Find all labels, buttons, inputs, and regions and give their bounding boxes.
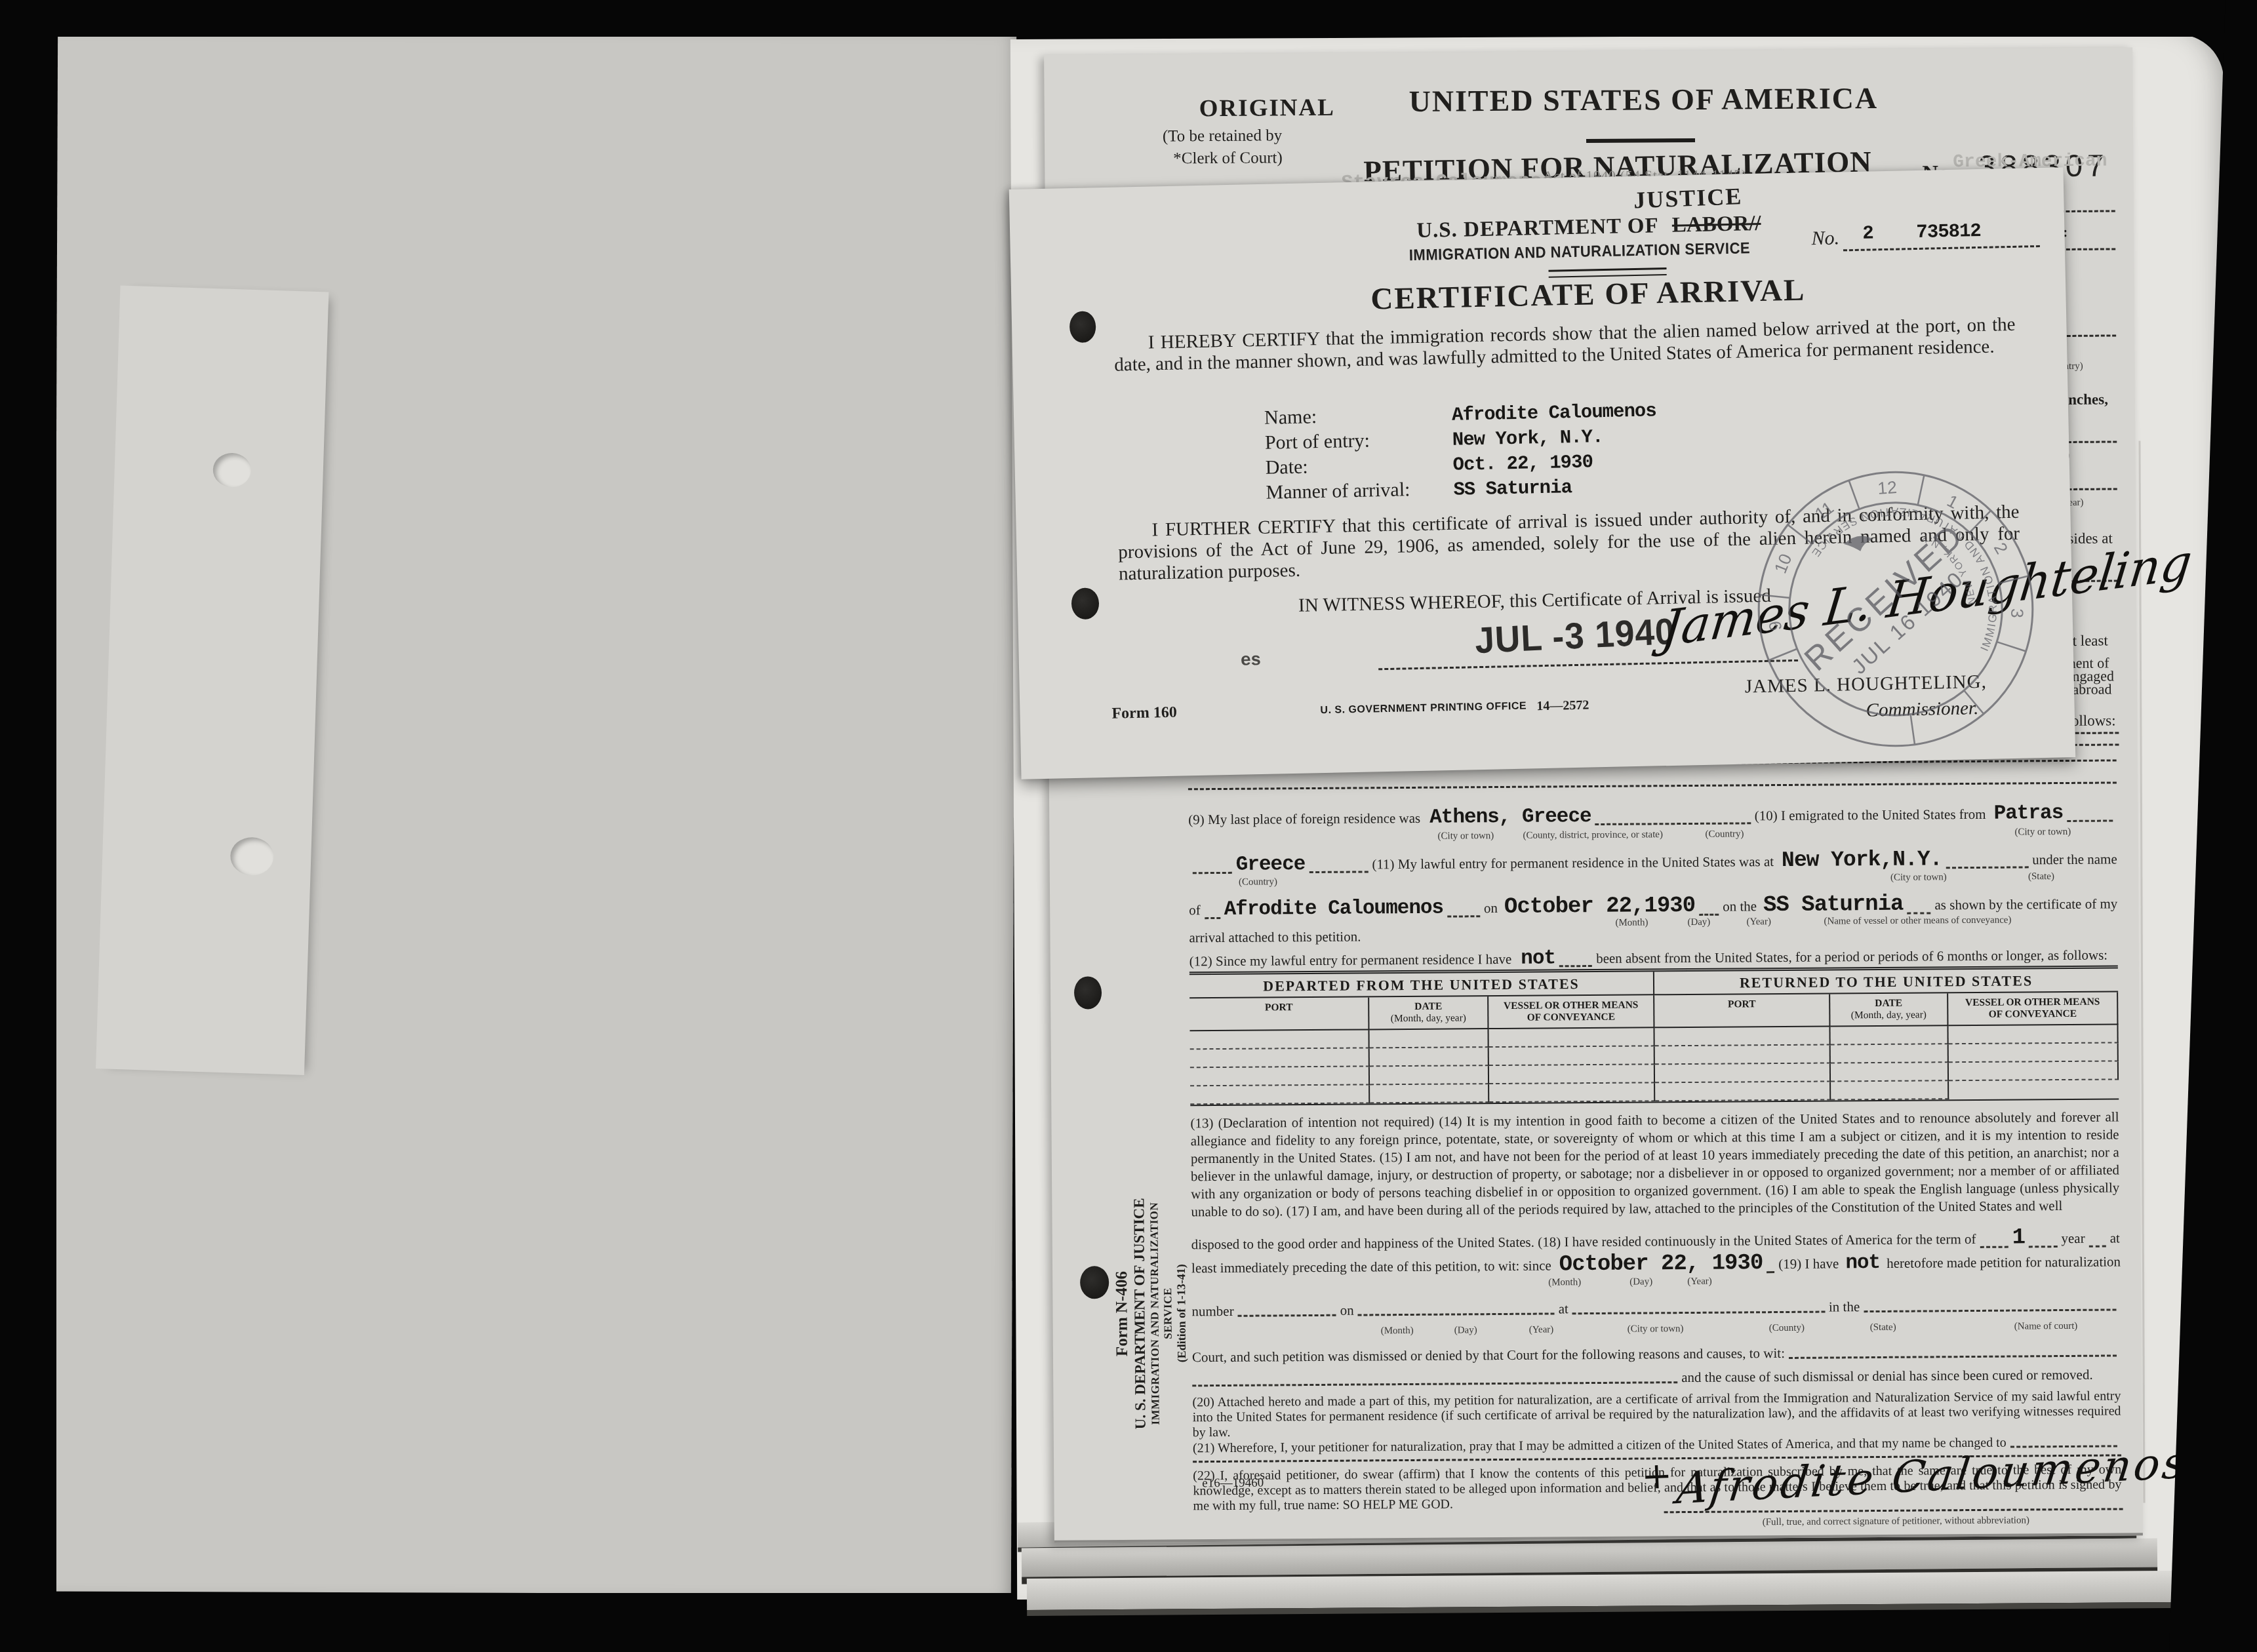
fragment-dash	[2061, 334, 2116, 337]
blank-fill	[1572, 1311, 1825, 1315]
dial-number: 2	[1990, 539, 2012, 557]
sub-label: (State)	[1870, 1322, 1896, 1333]
scan-border-bottom	[0, 1621, 2257, 1652]
blank-fill	[1789, 1354, 2117, 1358]
line9-value: Athens, Greece	[1429, 805, 1591, 829]
empty-row-cell	[1831, 1081, 1949, 1100]
col-vessel-title: VESSEL OR OTHER MEANS	[1504, 1000, 1639, 1012]
received-stamp: 9 10 11 12 1 2 3 RECEIVED JUL 16 1940 IM…	[1749, 463, 2042, 755]
sub-label: (County, district, province, or state)	[1523, 829, 1663, 841]
col-header-port: PORT	[1189, 997, 1369, 1031]
line19-post: heretofore made petition for naturalizat…	[1887, 1253, 2121, 1271]
us-title: UNITED STATES OF AMERICA	[1408, 81, 1878, 119]
empty-row-cell	[1370, 1084, 1489, 1103]
blank-fill	[1980, 1246, 2008, 1248]
empty-row-cell	[1190, 1085, 1370, 1105]
empty-row-cell	[1654, 1027, 1830, 1046]
line11-post: under the name	[2032, 851, 2117, 868]
number-on: on	[1340, 1303, 1354, 1319]
empty-row-cell	[1655, 1063, 1831, 1083]
line10-text: (10) I emigrated to the United States fr…	[1755, 806, 1986, 824]
cert-form-number: Form 160	[1111, 704, 1177, 723]
entry-of: of	[1189, 902, 1201, 918]
certify-paragraph-1: I HEREBY CERTIFY that the immigration re…	[1113, 314, 2016, 376]
court-text: Court, and such petition was dismissed o…	[1192, 1345, 1785, 1366]
sub-label: (City or town)	[2014, 827, 2071, 838]
col-header-vessel-2: VESSEL OR OTHER MEANS OF CONVEYANCE	[1948, 992, 2118, 1026]
dial-number: 9	[1765, 619, 1786, 632]
empty-row-cell	[1489, 1083, 1655, 1103]
blank-fill	[1309, 871, 1368, 873]
sub-label: (Name of vessel or other means of convey…	[1824, 915, 2011, 928]
col-vessel-sub: OF CONVEYANCE	[1989, 1008, 2077, 1020]
form-sidebar: Form N-406 U. S. DEPARTMENT OF JUSTICE I…	[1112, 1179, 1189, 1448]
prior-petition-number-line: number on at in the	[1191, 1297, 2120, 1320]
sub-label: (Year)	[1687, 1276, 1712, 1288]
punch-hole	[1074, 976, 1102, 1009]
table-group-returned: RETURNED TO THE UNITED STATES	[1654, 968, 2118, 995]
punched-paper-strip	[96, 286, 329, 1075]
sub-label: (Day)	[1687, 917, 1710, 928]
blank-fill	[1358, 1312, 1555, 1316]
sub-label: (Month)	[1381, 1326, 1414, 1337]
dotted-rule	[1188, 781, 2117, 790]
empty-row-cell	[1489, 1046, 1655, 1066]
empty-row-cell	[1830, 1026, 1948, 1045]
entry-date: October 22,1930	[1504, 894, 1695, 920]
dial-number: 10	[1770, 551, 1796, 576]
issue-date-stamp: JUL -3 1940	[1474, 610, 1676, 661]
justice-overstamp: JUSTICE	[1633, 182, 1744, 214]
gpo-line: U. S. GOVERNMENT PRINTING OFFICE	[1320, 701, 1527, 717]
issue-date-line	[1378, 659, 1798, 670]
petitioner-signature-mark: +	[1641, 1454, 1673, 1498]
col-header-date: DATE (Month, day, year)	[1369, 996, 1488, 1030]
cert-no-value: 2 735812	[1862, 220, 1981, 245]
empty-row-cell	[1655, 1045, 1831, 1065]
empty-row-cell	[1369, 1029, 1488, 1048]
sub-label: (City or town)	[1628, 1324, 1684, 1335]
table-group-departed: DEPARTED FROM THE UNITED STATES	[1189, 972, 1654, 998]
line19-value: not	[1845, 1251, 1880, 1274]
field-value-date: Oct. 22, 1930	[1452, 448, 1657, 478]
stamp-eagle-icon	[1844, 536, 1873, 551]
blank-fill	[1205, 917, 1220, 919]
number-at: at	[1559, 1301, 1568, 1317]
line11-value: New York,N.Y.	[1782, 847, 1942, 873]
absence-table: DEPARTED FROM THE UNITED STATES RETURNED…	[1189, 965, 2119, 1106]
blank-fill	[1238, 1314, 1336, 1317]
line18-value: 1	[2012, 1225, 2026, 1250]
blank-fill	[1193, 872, 1232, 874]
sub-label: (City or town)	[1890, 872, 1947, 884]
col-header-port-2: PORT	[1654, 994, 1830, 1028]
scan-border-top	[0, 0, 2257, 37]
empty-row-cell	[1831, 1044, 1949, 1063]
blank-fill	[1864, 1308, 2116, 1312]
entry-tail: arrival attached to this petition.	[1189, 928, 1361, 946]
empty-row-cell	[1488, 1028, 1654, 1048]
blank-fill	[1946, 866, 2029, 869]
signature-sub-label: (Full, true, and correct signature of pe…	[1763, 1515, 2029, 1528]
line10-value: Patras	[1993, 802, 2063, 825]
number-inthe: in the	[1829, 1299, 1860, 1315]
blank-fill	[1559, 965, 1592, 967]
line12-value: not	[1521, 947, 1555, 970]
field-label-manner: Manner of arrival:	[1266, 477, 1410, 505]
blank-fill	[2067, 819, 2113, 821]
empty-row-cell	[1949, 1043, 2119, 1063]
sub-label: (Month)	[1548, 1277, 1581, 1288]
number-label: number	[1191, 1303, 1233, 1320]
line-11: Greece (11) My lawful entry for permanen…	[1189, 846, 2117, 876]
col-vessel-title: VESSEL OR OTHER MEANS	[1965, 996, 2100, 1008]
dial-number: 11	[1811, 498, 1837, 524]
empty-row-cell	[1190, 1067, 1370, 1086]
empty-row-cell	[1655, 1082, 1831, 1101]
field-value-port: New York, N.Y.	[1452, 423, 1657, 453]
punch-hole	[230, 836, 274, 876]
title-rule	[1586, 138, 1695, 143]
entry-on: on	[1484, 900, 1498, 916]
sidebar-department: U. S. DEPARTMENT OF JUSTICE	[1130, 1179, 1149, 1448]
field-value-name: Afrodite Caloumenos	[1452, 399, 1656, 428]
sub-label: (Name of court)	[2014, 1321, 2078, 1333]
sub-label: (Month)	[1615, 917, 1648, 928]
paragraph-13-17: (13) (Declaration of intention not requi…	[1190, 1108, 2119, 1221]
blank-fill	[1907, 912, 1931, 914]
cause-text: and the cause of such dismissal or denia…	[1681, 1367, 2093, 1386]
empty-row-cell	[1190, 1048, 1370, 1068]
fragment-dash	[2060, 210, 2115, 212]
entry-onthe: on the	[1723, 898, 1757, 914]
empty-row-cell	[1489, 1065, 1655, 1084]
punch-hole	[1080, 1266, 1109, 1299]
paragraph-20: (20) Attached hereto and made a part of …	[1192, 1388, 2121, 1440]
line9-text: (9) My last place of foreign residence w…	[1188, 810, 1420, 828]
certificate-title: CERTIFICATE OF ARRIVAL	[1370, 273, 1806, 317]
left-blank-page	[52, 32, 1016, 1594]
sub-label: (Country)	[1239, 876, 1277, 888]
field-label-name: Name:	[1264, 403, 1409, 431]
blank-fill	[2029, 1246, 2057, 1248]
empty-row-cell	[1370, 1048, 1489, 1067]
line18-post: at	[2110, 1230, 2120, 1246]
sheet-edge	[1027, 1571, 2173, 1616]
blank-fill	[1192, 1381, 1677, 1386]
scan-border-left	[0, 0, 56, 1652]
col-date-title: DATE	[1414, 1001, 1442, 1012]
col-date-sub: (Month, day, year)	[1851, 1009, 1927, 1021]
empty-row-cell	[1190, 1030, 1370, 1050]
blank-fill	[1699, 914, 1719, 916]
cert-field-labels: Name: Port of entry: Date: Manner of arr…	[1264, 403, 1410, 505]
sub-label: (Year)	[1746, 916, 1771, 928]
sub-label: (County)	[1769, 1323, 1805, 1334]
court-line: Court, and such petition was dismissed o…	[1192, 1343, 2121, 1366]
entry-post: as shown by the certificate of my	[1934, 895, 2117, 913]
punch-hole	[212, 452, 252, 488]
fragment-dash	[2062, 488, 2117, 490]
scanned-document: 388301-388350 ORIGINAL (To be retained b…	[0, 0, 2257, 1652]
field-label-port: Port of entry:	[1265, 427, 1410, 456]
empty-row-cell	[1370, 1066, 1489, 1085]
sub-label: (Day)	[1629, 1276, 1652, 1288]
cert-no-line	[1843, 245, 2040, 251]
col-vessel-sub: OF CONVEYANCE	[1527, 1012, 1616, 1023]
line19-mid: (19) I have	[1778, 1255, 1839, 1272]
retained-note-line1: (To be retained by	[1163, 127, 1282, 146]
col-header-vessel: VESSEL OR OTHER MEANS OF CONVEYANCE	[1488, 995, 1654, 1029]
cert-field-values: Afrodite Caloumenos New York, N.Y. Oct. …	[1452, 399, 1658, 502]
line18-mid: year	[2061, 1230, 2085, 1247]
blank-fill	[1595, 822, 1751, 825]
original-label: ORIGINAL	[1199, 94, 1335, 123]
typed-initials: es	[1241, 651, 1261, 671]
empty-row-cell	[1831, 1063, 1949, 1082]
dial-number: 12	[1877, 477, 1897, 498]
sidebar-edition: (Edition of 1-13-41)	[1174, 1179, 1189, 1447]
blank-fill	[1447, 915, 1480, 917]
line12-text: (12) Since my lawful entry for permanent…	[1189, 951, 1512, 970]
line11-country: Greece	[1236, 853, 1306, 876]
sidebar-form-number: Form N-406	[1112, 1179, 1132, 1448]
print-code: e16—19460	[1202, 1476, 1264, 1491]
dial-number: 3	[2007, 608, 2027, 619]
retained-note-line2: *Clerk of Court)	[1173, 149, 1283, 168]
blank-fill	[1767, 1271, 1774, 1273]
sidebar-service: IMMIGRATION AND NATURALIZATION SERVICE	[1148, 1179, 1176, 1447]
line-9-10: (9) My last place of foreign residence w…	[1188, 801, 2117, 831]
line19-text: least immediately preceding the date of …	[1191, 1257, 1551, 1276]
col-header-date-2: DATE (Month, day, year)	[1830, 993, 1948, 1027]
fragment-dash	[2060, 248, 2115, 250]
gpo-code: 14—2572	[1536, 698, 1589, 715]
sub-label: (State)	[2028, 871, 2054, 882]
field-value-manner: SS Saturnia	[1453, 473, 1658, 503]
sub-label: (Day)	[1454, 1325, 1477, 1336]
sub-label: (Year)	[1529, 1324, 1554, 1335]
col-date-sub: (Month, day, year)	[1391, 1012, 1466, 1024]
department-struck-word: LABOR//	[1671, 212, 1761, 237]
line11-text: (11) My lawful entry for permanent resid…	[1372, 854, 1774, 873]
service-line: IMMIGRATION AND NATURALIZATION SERVICE	[1386, 239, 1772, 265]
empty-row-cell	[1949, 1080, 2119, 1098]
sub-label: (Country)	[1705, 829, 1744, 840]
dial-number: 1	[1944, 491, 1962, 513]
department-prefix: U.S. DEPARTMENT OF	[1416, 214, 1659, 243]
field-label-date: Date:	[1265, 452, 1410, 481]
col-date-title: DATE	[1875, 998, 1902, 1009]
line19-date: October 22, 1930	[1559, 1251, 1763, 1277]
department-line: U.S. DEPARTMENT OF LABOR//	[1416, 212, 1761, 243]
cert-no-label: No.	[1811, 227, 1839, 250]
entry-vessel: SS Saturnia	[1763, 892, 1904, 918]
empty-row-cell	[1949, 1061, 2119, 1081]
cause-line: and the cause of such dismissal or denia…	[1192, 1366, 2121, 1389]
empty-row-cell	[1948, 1025, 2118, 1044]
punch-hole	[1071, 587, 1100, 619]
fragment-dash	[2062, 441, 2117, 443]
entry-name: Afrodite Caloumenos	[1224, 897, 1444, 921]
sub-label: (City or town)	[1437, 831, 1494, 842]
line12-post: been absent from the United States, for …	[1596, 947, 2107, 967]
fragment: inches,	[2064, 391, 2108, 408]
blank-fill	[2089, 1246, 2106, 1248]
punch-hole	[1069, 311, 1096, 343]
